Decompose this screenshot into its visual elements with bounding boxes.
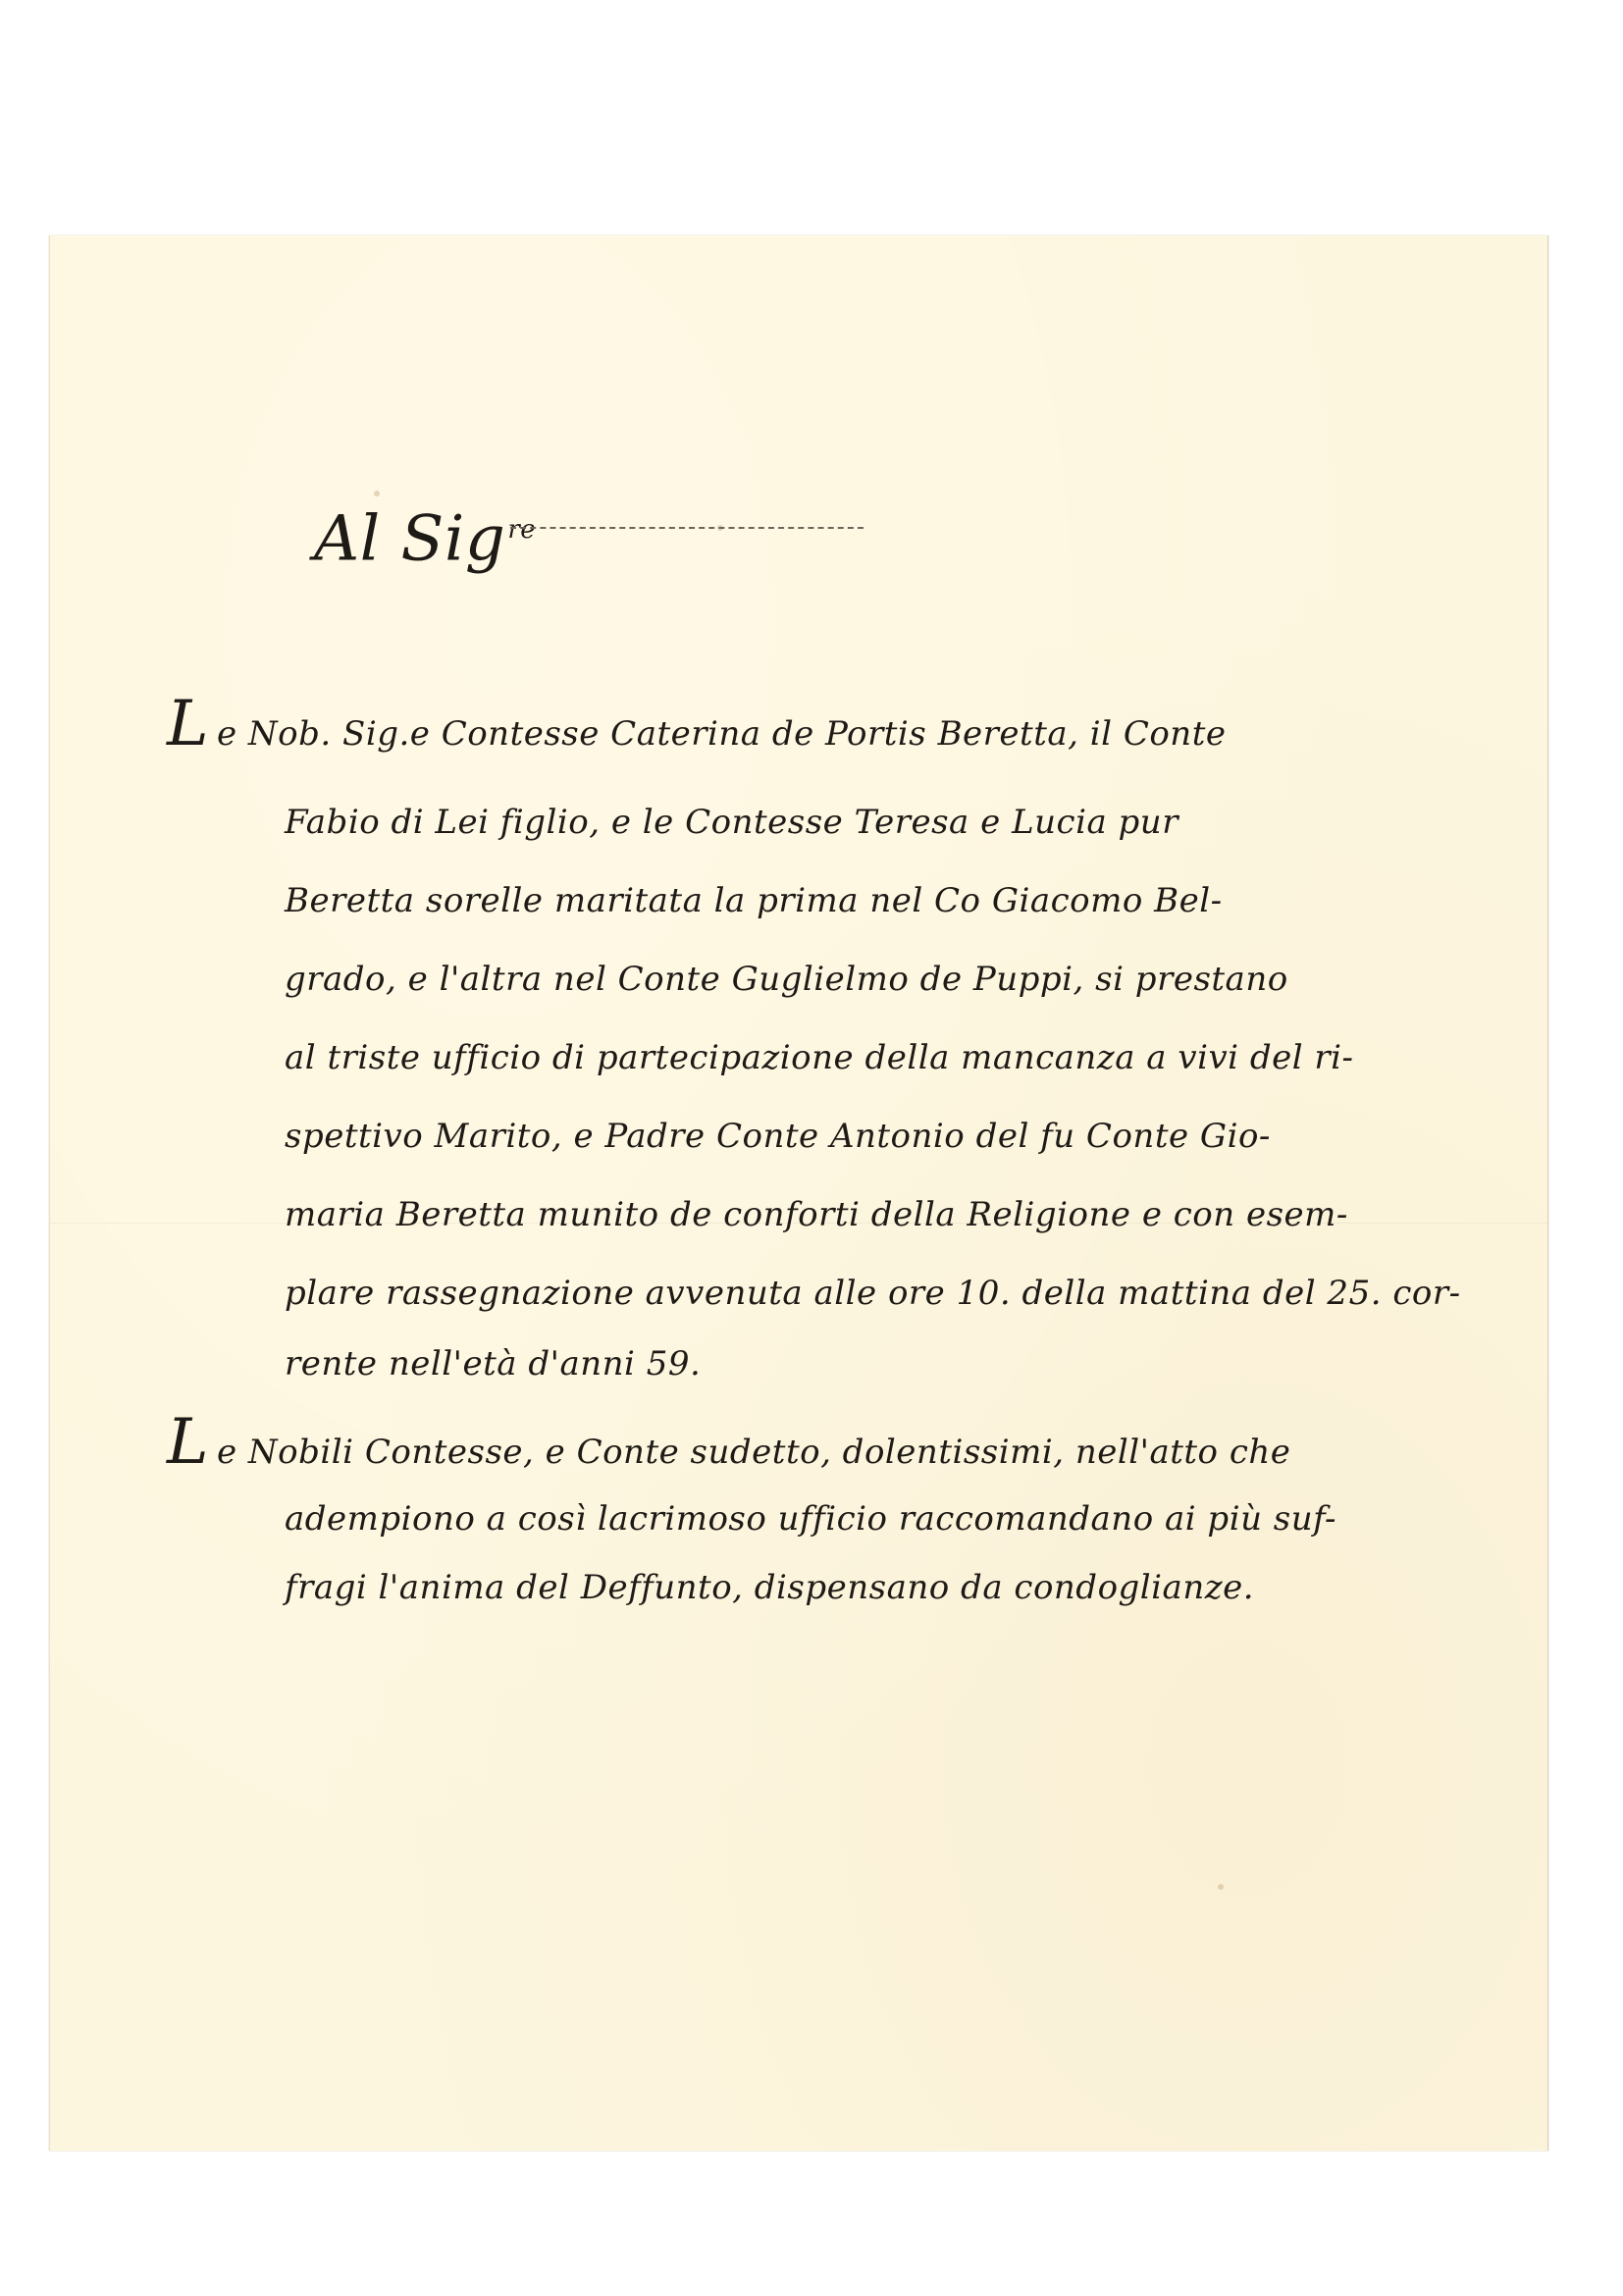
line-text: Fabio di Lei figlio, e le Contesse Teres…	[285, 803, 1178, 842]
paragraph-1-line-8: plare rassegnazione avvenuta alle ore 10…	[285, 1274, 1461, 1313]
paragraph-2-line-2: adempiono a così lacrimoso ufficio racco…	[285, 1499, 1336, 1539]
paper-speck	[1218, 1884, 1224, 1890]
line-text: spettivo Marito, e Padre Conte Antonio d…	[285, 1117, 1271, 1156]
paragraph-1-line-1: Le Nob. Sig.e Contesse Caterina de Porti…	[167, 695, 1226, 754]
paragraph-1-line-4: grado, e l'altra nel Conte Guglielmo de …	[285, 960, 1288, 999]
paragraph-1-line-2: Fabio di Lei figlio, e le Contesse Teres…	[285, 803, 1178, 842]
line-text: maria Beretta munito de conforti della R…	[285, 1195, 1348, 1234]
paragraph-1-line-6: spettivo Marito, e Padre Conte Antonio d…	[285, 1117, 1271, 1156]
paragraph-1-line-3: Beretta sorelle maritata la prima nel Co…	[285, 881, 1223, 920]
paragraph-1-line-9: rente nell'età d'anni 59.	[285, 1344, 701, 1383]
paragraph-1-line-5: al triste ufficio di partecipazione dell…	[285, 1038, 1354, 1077]
paragraph-1-line-7: maria Beretta munito de conforti della R…	[285, 1195, 1348, 1234]
line-text: adempiono a così lacrimoso ufficio racco…	[285, 1499, 1336, 1539]
recipient-blank-line	[510, 527, 864, 529]
letter-paper	[49, 235, 1548, 2151]
line-text: e Nobili Contesse, e Conte sudetto, dole…	[217, 1433, 1290, 1472]
paragraph-1-initial: L	[167, 688, 209, 760]
line-text: al triste ufficio di partecipazione dell…	[285, 1038, 1354, 1077]
salutation-text: Al Sig	[314, 502, 505, 575]
line-text: e Nob. Sig.e Contesse Caterina de Portis…	[217, 714, 1226, 754]
salutation-superscript: re	[507, 515, 536, 545]
line-text: fragi l'anima del Deffunto, dispensano d…	[285, 1568, 1254, 1607]
line-text: Beretta sorelle maritata la prima nel Co…	[285, 881, 1223, 920]
paragraph-2-line-3: fragi l'anima del Deffunto, dispensano d…	[285, 1568, 1254, 1607]
line-text: plare rassegnazione avvenuta alle ore 10…	[285, 1274, 1461, 1313]
paragraph-2-line-1: Le Nobili Contesse, e Conte sudetto, dol…	[167, 1413, 1290, 1472]
line-text: rente nell'età d'anni 59.	[285, 1344, 701, 1383]
line-text: grado, e l'altra nel Conte Guglielmo de …	[285, 960, 1288, 999]
salutation: Al Sigre	[314, 491, 536, 578]
paragraph-2-initial: L	[167, 1406, 209, 1479]
